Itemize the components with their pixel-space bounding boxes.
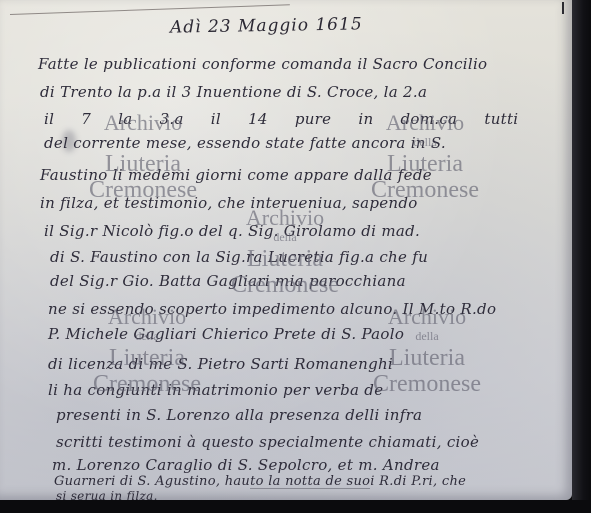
manuscript-line-13: li ha congiunti in matrimonio per verba …	[48, 381, 383, 399]
manuscript-line-2: di Trento la p.a il 3 Inuentione di S. C…	[40, 83, 427, 101]
book-spine-shadow	[572, 0, 591, 513]
manuscript-line-15: scritti testimoni à questo specialmente …	[56, 433, 479, 451]
manuscript-line-4: del corrente mese, essendo state fatte a…	[44, 134, 446, 152]
manuscript-line-8: di S. Faustino con la Sig.ra Lucretia fi…	[50, 248, 428, 266]
manuscript-line-17: Guarneri di S. Agustino, hauto la notta …	[54, 474, 466, 489]
manuscript-line-3: il 7 la 3.a il 14 pure in dom.ca tutti	[44, 110, 518, 128]
watermark-bottom-right: Archivio della Liuteria Cremonese	[372, 306, 482, 396]
manuscript-line-5: Faustino li medemi giorni come appare da…	[40, 166, 432, 184]
watermark-line-cremonese: Cremonese	[372, 372, 482, 396]
manuscript-line-1: Fatte le publicationi conforme comanda i…	[38, 55, 487, 73]
manuscript-line-9: del Sig.r Gio. Batta Gagliari mia parocc…	[50, 272, 406, 290]
manuscript-line-16: m. Lorenzo Caraglio di S. Sepolcro, et m…	[52, 456, 440, 474]
bottom-rule-line	[250, 488, 370, 489]
page-bottom-shadow	[0, 500, 591, 513]
manuscript-line-11: P. Michele Gagliari Chierico Prete di S.…	[48, 325, 404, 343]
manuscript-line-7: il Sig.r Nicolò fig.o del q. Sig. Girola…	[44, 222, 420, 240]
corner-mark	[562, 2, 564, 14]
manuscript-line-14: presenti in S. Lorenzo alla presenza del…	[56, 406, 422, 424]
record-date-heading: Adì 23 Maggio 1615	[170, 14, 363, 37]
manuscript-page: Adì 23 Maggio 1615 Fatte le publicationi…	[0, 0, 572, 500]
manuscript-line-6: in filza, et testimonio, che interueniua…	[40, 194, 418, 212]
manuscript-line-10: ne si essendo scoperto impedimento alcun…	[48, 300, 496, 318]
top-rule-line	[10, 4, 290, 15]
manuscript-line-12: di licenza di me S. Pietro Sarti Romanen…	[48, 355, 393, 373]
